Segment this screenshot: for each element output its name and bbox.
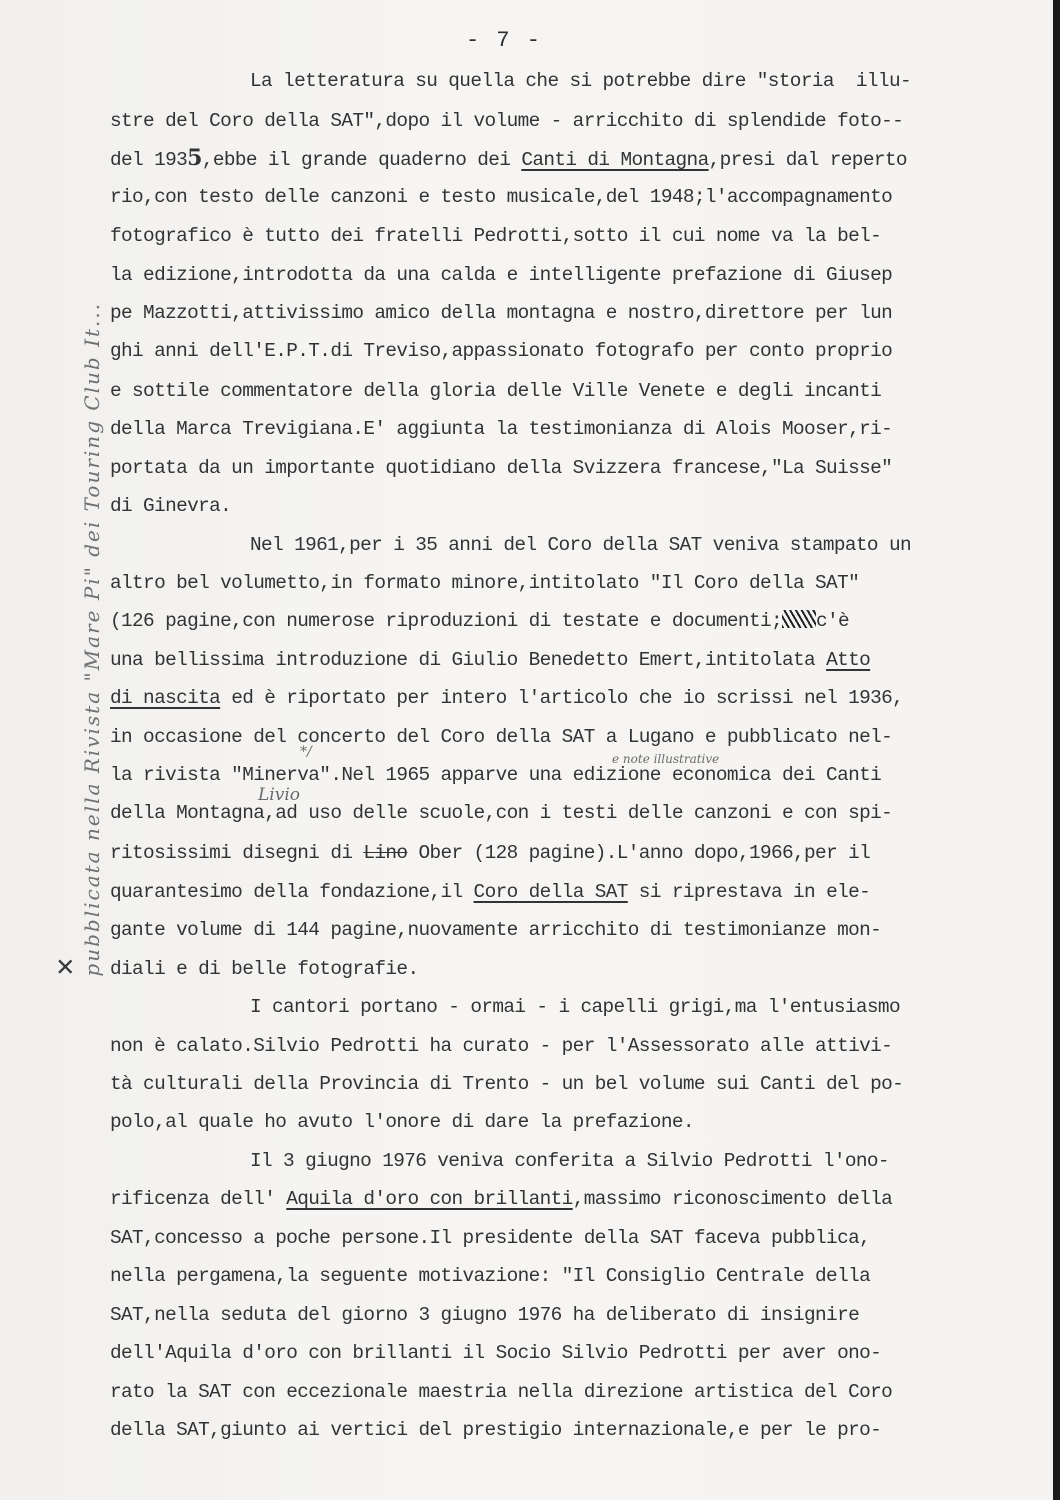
text-line: la edizione,introdotta da una calda e in…	[110, 263, 892, 287]
text-line: I cantori portano - ormai - i capelli gr…	[250, 995, 900, 1019]
text-line: rificenza dell' Aquila d'oro con brillan…	[110, 1187, 892, 1211]
text-span: una bellissima introduzione di Giulio Be…	[110, 649, 826, 671]
text-span: ,presi dal reperto	[709, 149, 907, 171]
handwritten-insert-note: e note illustrative	[612, 752, 719, 766]
text-span: si riprestava in ele-	[628, 881, 870, 903]
document-page: - 7 - La letteratura su quella che si po…	[0, 0, 1053, 1500]
text-line: pe Mazzotti,attivissimo amico della mont…	[110, 301, 892, 325]
underlined-title: Aquila d'oro con brillanti	[286, 1188, 572, 1210]
text-line: Il 3 giugno 1976 veniva conferita a Silv…	[250, 1149, 889, 1173]
handwritten-correction-name: Livio	[258, 785, 300, 805]
struck-text: Lino	[363, 842, 407, 864]
text-line: rato la SAT con eccezionale maestria nel…	[110, 1380, 892, 1404]
text-line: del 1935,ebbe il grande quaderno dei Can…	[110, 146, 907, 172]
margin-annotation-text: pubblicata nella Rivista "Mare Pi" dei T…	[80, 302, 104, 977]
text-line: SAT,nella seduta del giorno 3 giugno 197…	[110, 1303, 859, 1327]
text-line: della Montagna,ad uso delle scuole,con i…	[110, 801, 892, 825]
text-line: polo,al quale ho avuto l'onore di dare l…	[110, 1110, 694, 1134]
overtyped-digit: 5	[187, 145, 202, 171]
text-line: e sottile commentatore della gloria dell…	[110, 379, 881, 403]
scribble-mark	[782, 610, 816, 628]
text-span: del 193	[110, 149, 187, 171]
underlined-title: Canti di Montagna	[521, 149, 708, 171]
text-line: una bellissima introduzione di Giulio Be…	[110, 648, 870, 672]
text-span: c'è	[816, 610, 849, 632]
x-mark-icon: ✕	[52, 954, 80, 976]
text-line: la rivista "Minerva".Nel 1965 apparve un…	[110, 763, 881, 787]
text-span: ritosissimi disegni di	[110, 842, 363, 864]
text-span: ed è riportato per intero l'articolo che…	[220, 687, 903, 709]
underlined-title: Atto	[826, 649, 870, 671]
text-line: diali e di belle fotografie.	[110, 957, 418, 981]
text-line: non è calato.Silvio Pedrotti ha curato -…	[110, 1034, 892, 1058]
text-line: ghi anni dell'E.P.T.di Treviso,appassion…	[110, 339, 892, 363]
page-number: - 7 -	[466, 28, 542, 53]
text-span: Ober (128 pagine).L'anno dopo,1966,per i…	[407, 842, 870, 864]
handwritten-mark-asterisk: */	[300, 744, 312, 760]
text-line: rio,con testo delle canzoni e testo musi…	[110, 185, 892, 209]
text-line: portata da un importante quotidiano dell…	[110, 456, 892, 480]
text-line: in occasione del concerto del Coro della…	[110, 725, 892, 749]
text-line: fotografico è tutto dei fratelli Pedrott…	[110, 224, 881, 248]
text-line: ritosissimi disegni di Lino Ober (128 pa…	[110, 841, 870, 865]
text-line: La letteratura su quella che si potrebbe…	[250, 69, 911, 93]
text-span: (126 pagine,con numerose riproduzioni di…	[110, 610, 782, 632]
text-line: nella pergamena,la seguente motivazione:…	[110, 1264, 870, 1288]
text-line: (126 pagine,con numerose riproduzioni di…	[110, 609, 849, 633]
text-line: stre del Coro della SAT",dopo il volume …	[110, 109, 903, 133]
text-line: di nascita ed è riportato per intero l'a…	[110, 686, 903, 710]
underlined-title: Coro della SAT	[474, 881, 628, 903]
text-span: ,ebbe il grande quaderno dei	[202, 149, 521, 171]
text-span: rificenza dell'	[110, 1188, 286, 1210]
page-edge-border	[1053, 0, 1060, 1500]
text-line: altro bel volumetto,in formato minore,in…	[110, 571, 859, 595]
text-line: di Ginevra.	[110, 494, 231, 518]
text-line: quarantesimo della fondazione,il Coro de…	[110, 880, 870, 904]
margin-annotation: ✕ pubblicata nella Rivista "Mare Pi" dei…	[28, 302, 128, 1010]
text-line: della Marca Trevigiana.E' aggiunta la te…	[110, 417, 892, 441]
text-line: SAT,concesso a poche persone.Il presiden…	[110, 1226, 870, 1250]
text-line: dell'Aquila d'oro con brillanti il Socio…	[110, 1341, 881, 1365]
text-line: tà culturali della Provincia di Trento -…	[110, 1072, 903, 1096]
text-span: ,massimo riconoscimento della	[573, 1188, 892, 1210]
text-line: della SAT,giunto ai vertici del prestigi…	[110, 1418, 881, 1442]
text-line: gante volume di 144 pagine,nuovamente ar…	[110, 918, 881, 942]
text-line: Nel 1961,per i 35 anni del Coro della SA…	[250, 533, 911, 557]
text-span: quarantesimo della fondazione,il	[110, 881, 474, 903]
